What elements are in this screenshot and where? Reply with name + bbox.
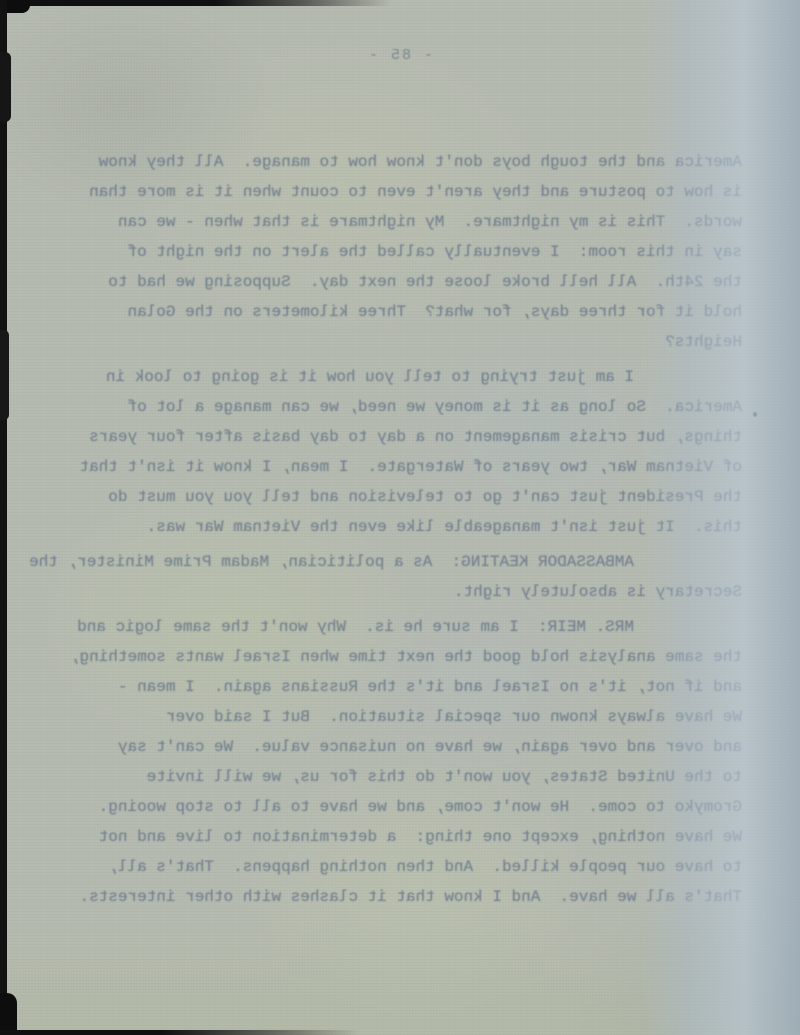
transcript-line: Heights? [58, 327, 742, 357]
transcript-line: the same analysis hold good the next tim… [58, 642, 742, 672]
transcript-line: MRS. MEIR: I am sure he is. Why won't th… [58, 612, 742, 642]
transcript-line: hold it for three days, for what? Three … [58, 297, 742, 327]
transcript-line: and if not, it's no Israel and it's the … [58, 672, 742, 702]
scanned-document-page: - 85 - America and the tough boys don't … [0, 0, 800, 1035]
transcript-line: That's all we have. And I know that it c… [58, 882, 742, 912]
transcript-line: We have always known our special situati… [58, 702, 742, 732]
transcript-line: of Vietnam War, two years of Watergate. … [58, 452, 742, 482]
transcript-line: this. It just isn't manageable like even… [58, 512, 742, 542]
transcript-line: AMBASSADOR KEATING: As a politician, Mad… [58, 547, 742, 577]
transcript-paragraph: I am just trying to tell you how it is g… [58, 362, 742, 542]
scan-edge-top [0, 0, 392, 6]
transcript-line: Secretary is absolutely right. [58, 577, 742, 607]
transcript-line: America and the tough boys don't know ho… [58, 147, 742, 177]
scan-speck [753, 412, 757, 417]
transcript-line: the 24th. All hell broke loose the next … [58, 267, 742, 297]
transcript-line: the President just can't go to televisio… [58, 482, 742, 512]
transcript-line: America. So long as it is money we need,… [58, 392, 742, 422]
scan-edge-left-bump [0, 330, 9, 420]
transcript-paragraph: MRS. MEIR: I am sure he is. Why won't th… [58, 612, 742, 912]
transcript-line: things, but crisis management on a day t… [58, 422, 742, 452]
transcript-line: and over and over again, we have no nuis… [58, 732, 742, 762]
transcript-line: words. This is my nightmare. My nightmar… [58, 207, 742, 237]
transcript-text-block: America and the tough boys don't know ho… [58, 147, 742, 917]
transcript-line: say in this room: I eventually called th… [58, 237, 742, 267]
transcript-line: We have nothing, except one thing: a det… [58, 822, 742, 852]
transcript-paragraph: AMBASSADOR KEATING: As a politician, Mad… [58, 547, 742, 607]
transcript-line: to have our people killed. And then noth… [58, 852, 742, 882]
transcript-line: is how to posture and they aren't even t… [58, 177, 742, 207]
transcript-paragraph: America and the tough boys don't know ho… [58, 147, 742, 357]
page-number: - 85 - [0, 47, 800, 64]
scan-corner-bottom-left [0, 993, 17, 1035]
scan-edge-bottom [0, 1030, 360, 1035]
transcript-line: to the United States, you won't do this … [58, 762, 742, 792]
transcript-line: I am just trying to tell you how it is g… [58, 362, 742, 392]
scan-edge-left [0, 0, 7, 1035]
transcript-line: Gromyko to come. He won't come, and we h… [58, 792, 742, 822]
